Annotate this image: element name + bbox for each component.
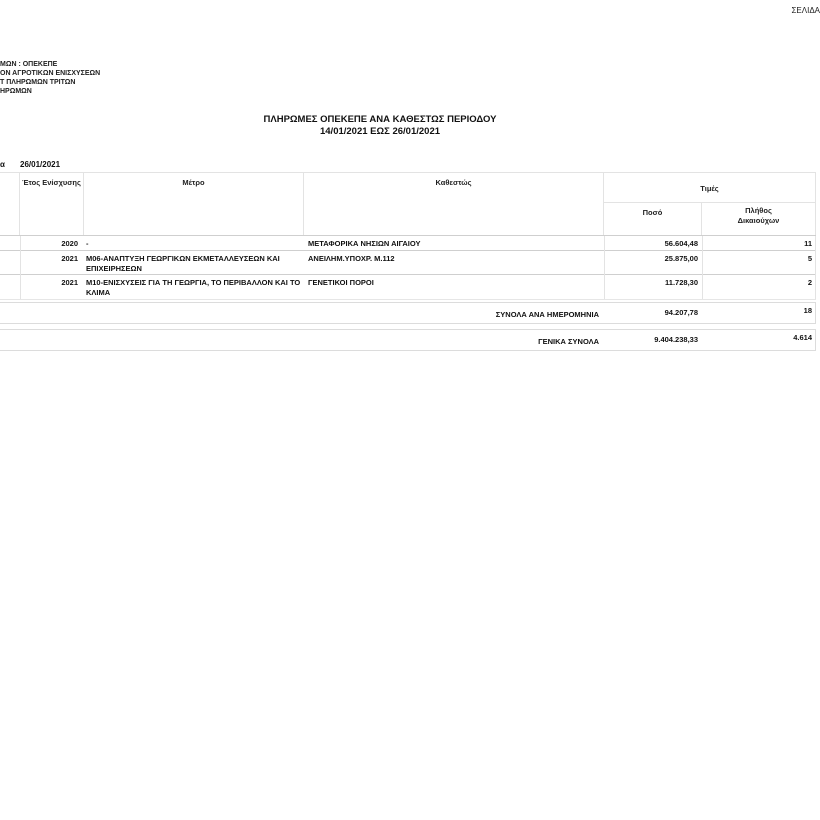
org-line-1: ΜΩΝ : ΟΠΕΚΕΠΕ [0, 60, 57, 69]
page-label: ΣΕΛΙΔΑ [791, 6, 820, 15]
date-totals-amount: 94.207,78 [606, 308, 698, 317]
cell-metro: Μ10-ΕΝΙΣΧΥΣΕΙΣ ΓΙΑ ΤΗ ΓΕΩΡΓΙΑ, ΤΟ ΠΕΡΙΒΑ… [86, 278, 301, 298]
header-blank-cell [0, 172, 20, 236]
org-line-3: Τ ΠΛΗΡΩΜΩΝ ΤΡΙΤΩΝ [0, 78, 75, 87]
cell-metro: Μ06-ΑΝΑΠΤΥΞΗ ΓΕΩΡΓΙΚΩΝ ΕΚΜΕΤΑΛΛΕΥΣΕΩΝ ΚΑ… [86, 254, 301, 274]
cell-metro: - [86, 239, 301, 249]
column-line [20, 236, 21, 299]
header-amount: Ποσό [604, 202, 702, 236]
report-date-row: α26/01/2021 [0, 160, 60, 169]
report-period: 14/01/2021 ΕΩΣ 26/01/2021 [0, 126, 760, 138]
cell-count: 2 [704, 278, 812, 288]
cell-amount: 56.604,48 [606, 239, 698, 249]
cell-year: 2021 [20, 278, 78, 288]
cell-amount: 25.875,00 [606, 254, 698, 264]
header-year: Έτος Ενίσχυσης [20, 172, 84, 236]
column-line [815, 236, 816, 299]
date-value: 26/01/2021 [20, 160, 60, 169]
org-line-2: ΟΝ ΑΓΡΟΤΙΚΩΝ ΕΝΙΣΧΥΣΕΩΝ [0, 69, 100, 78]
header-values-group: Τιμές [604, 172, 816, 202]
table-row: 2021 Μ10-ΕΝΙΣΧΥΣΕΙΣ ΓΙΑ ΤΗ ΓΕΩΡΓΙΑ, ΤΟ Π… [0, 275, 816, 299]
cell-amount: 11.728,30 [606, 278, 698, 288]
grand-totals-amount: 9.404.238,33 [606, 335, 698, 344]
cell-count: 5 [704, 254, 812, 264]
row-divider [0, 299, 816, 300]
org-line-4: ΗΡΩΜΩΝ [0, 87, 32, 96]
column-line [604, 236, 605, 299]
cell-count: 11 [704, 239, 812, 249]
column-line [702, 236, 703, 299]
cell-status: ΑΝΕΙΛΗΜ.ΥΠΟΧΡ. Μ.112 [308, 254, 598, 264]
cell-year: 2021 [20, 254, 78, 264]
header-metro: Μέτρο [84, 172, 304, 236]
header-status: Καθεστώς [304, 172, 604, 236]
table-row: 2021 Μ06-ΑΝΑΠΤΥΞΗ ΓΕΩΡΓΙΚΩΝ ΕΚΜΕΤΑΛΛΕΥΣΕ… [0, 251, 816, 274]
header-count: Πλήθος Δικαιούχων [702, 202, 816, 236]
grand-totals-label: ΓΕΝΙΚΑ ΣΥΝΟΛΑ [538, 337, 599, 346]
date-label: α [0, 160, 20, 169]
cell-status: ΜΕΤΑΦΟΡΙΚΑ ΝΗΣΙΩΝ ΑΙΓΑΙΟΥ [308, 239, 598, 249]
grand-totals-row: ΓΕΝΙΚΑ ΣΥΝΟΛΑ 9.404.238,33 4.614 [0, 329, 816, 351]
cell-status: ΓΕΝΕΤΙΚΟΙ ΠΟΡΟΙ [308, 278, 598, 288]
date-totals-count: 18 [704, 306, 812, 315]
date-totals-label: ΣΥΝΟΛΑ ΑΝΑ ΗΜΕΡΟΜΗΝΙΑ [496, 310, 599, 319]
report-title: ΠΛΗΡΩΜΕΣ ΟΠΕΚΕΠΕ ΑΝΑ ΚΑΘΕΣΤΩΣ ΠΕΡΙΟΔΟΥ [0, 114, 760, 126]
date-totals-row: ΣΥΝΟΛΑ ΑΝΑ ΗΜΕΡΟΜΗΝΙΑ 94.207,78 18 [0, 302, 816, 324]
cell-year: 2020 [20, 239, 78, 249]
table-row: 2020 - ΜΕΤΑΦΟΡΙΚΑ ΝΗΣΙΩΝ ΑΙΓΑΙΟΥ 56.604,… [0, 236, 816, 250]
grand-totals-count: 4.614 [704, 333, 812, 342]
